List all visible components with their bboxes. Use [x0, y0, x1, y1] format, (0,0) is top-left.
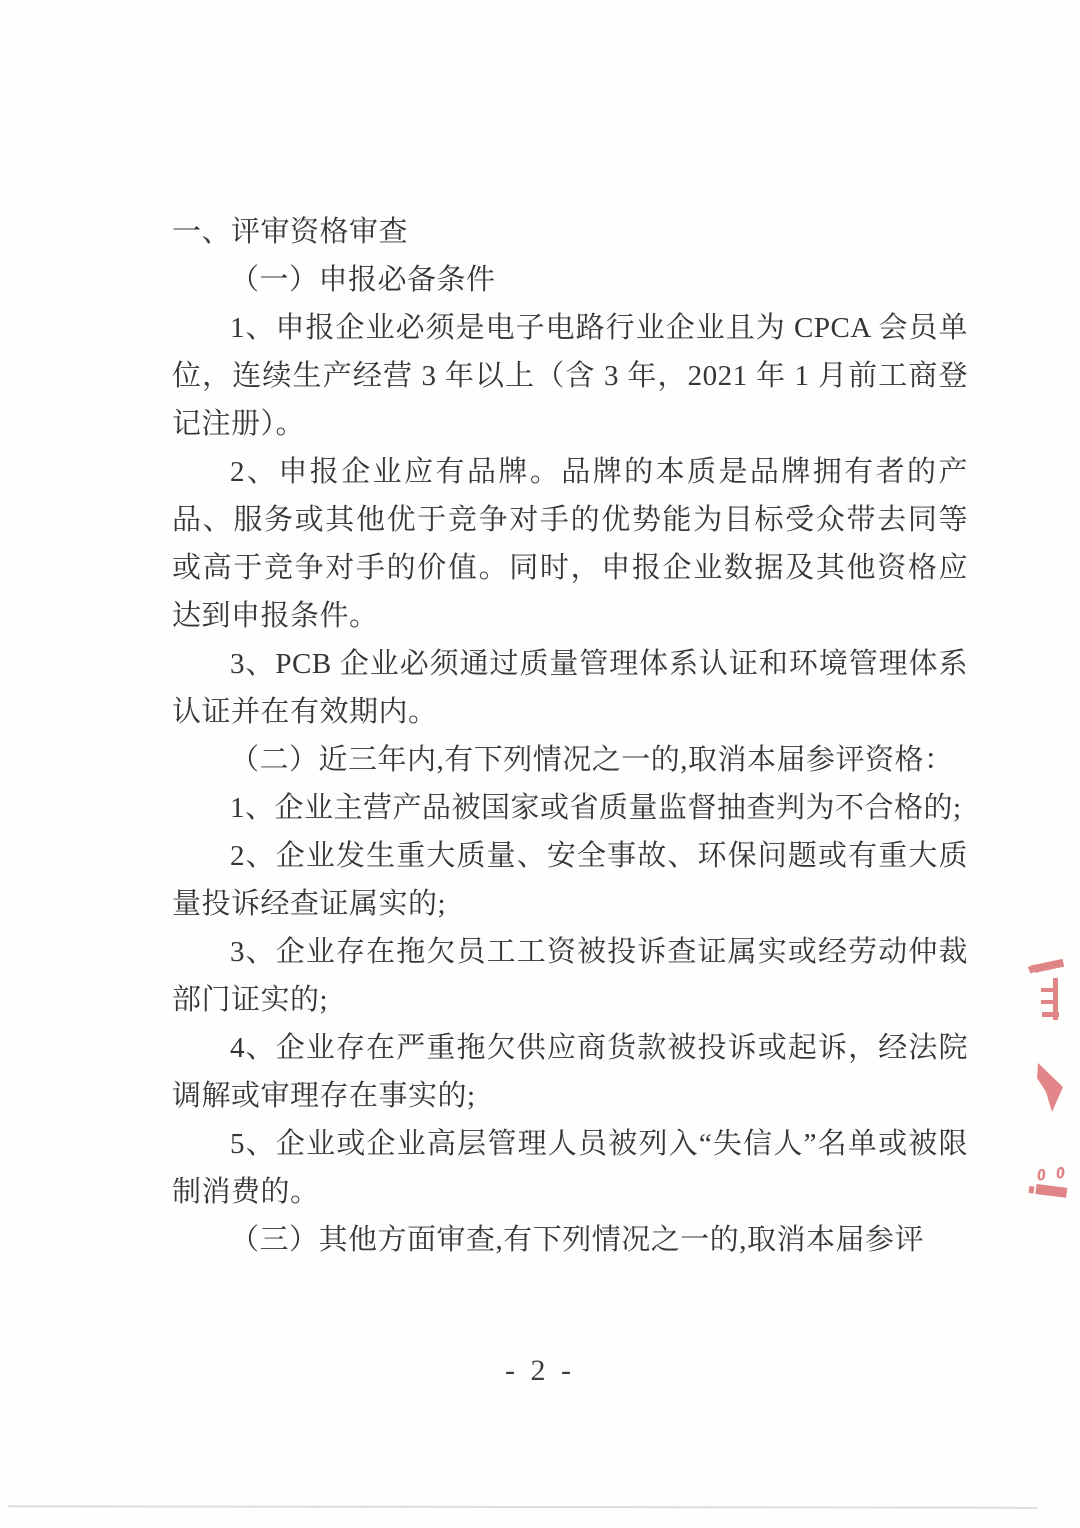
red-stamp-fragment: 0 0 [1016, 940, 1080, 1220]
list-item: 4、企业存在严重拖欠供应商货款被投诉或起诉，经法院调解或审理存在事实的; [172, 1024, 968, 1120]
section-heading: 一、评审资格审查 [172, 208, 968, 256]
list-item: 2、企业发生重大质量、安全事故、环保问题或有重大质量投诉经查证属实的; [172, 832, 968, 928]
paragraph: 1、申报企业必须是电子电路行业企业且为 CPCA 会员单位，连续生产经营 3 年… [172, 304, 968, 448]
list-item: 5、企业或企业高层管理人员被列入“失信人”名单或被限制消费的。 [172, 1120, 968, 1216]
document-body: 一、评审资格审查 （一）申报必备条件 1、申报企业必须是电子电路行业企业且为 C… [172, 208, 968, 1264]
subsection-heading: （二）近三年内,有下列情况之一的,取消本届参评资格： [172, 736, 968, 784]
stamp-arrow-fragment [1037, 1063, 1063, 1112]
stamp-digits-fragment: 0 0 [1029, 1165, 1069, 1198]
subsection-heading: （三）其他方面审查,有下列情况之一的,取消本届参评 [172, 1216, 968, 1264]
list-item: 1、企业主营产品被国家或省质量监督抽查判为不合格的; [172, 784, 968, 832]
svg-text:0 0: 0 0 [1037, 1165, 1069, 1184]
scan-edge-line [8, 1505, 1038, 1508]
list-item: 3、企业存在拖欠员工工资被投诉查证属实或经劳动仲裁部门证实的; [172, 928, 968, 1024]
paragraph: 2、申报企业应有品牌。品牌的本质是品牌拥有者的产品、服务或其他优于竞争对手的优势… [172, 448, 968, 640]
stamp-char-fragment [1028, 959, 1064, 1020]
subsection-heading: （一）申报必备条件 [172, 256, 968, 304]
scanned-document-page: 一、评审资格审查 （一）申报必备条件 1、申报企业必须是电子电路行业企业且为 C… [0, 0, 1080, 1528]
page-number: - 2 - [0, 1354, 1080, 1388]
paragraph: 3、PCB 企业必须通过质量管理体系认证和环境管理体系认证并在有效期内。 [172, 640, 968, 736]
